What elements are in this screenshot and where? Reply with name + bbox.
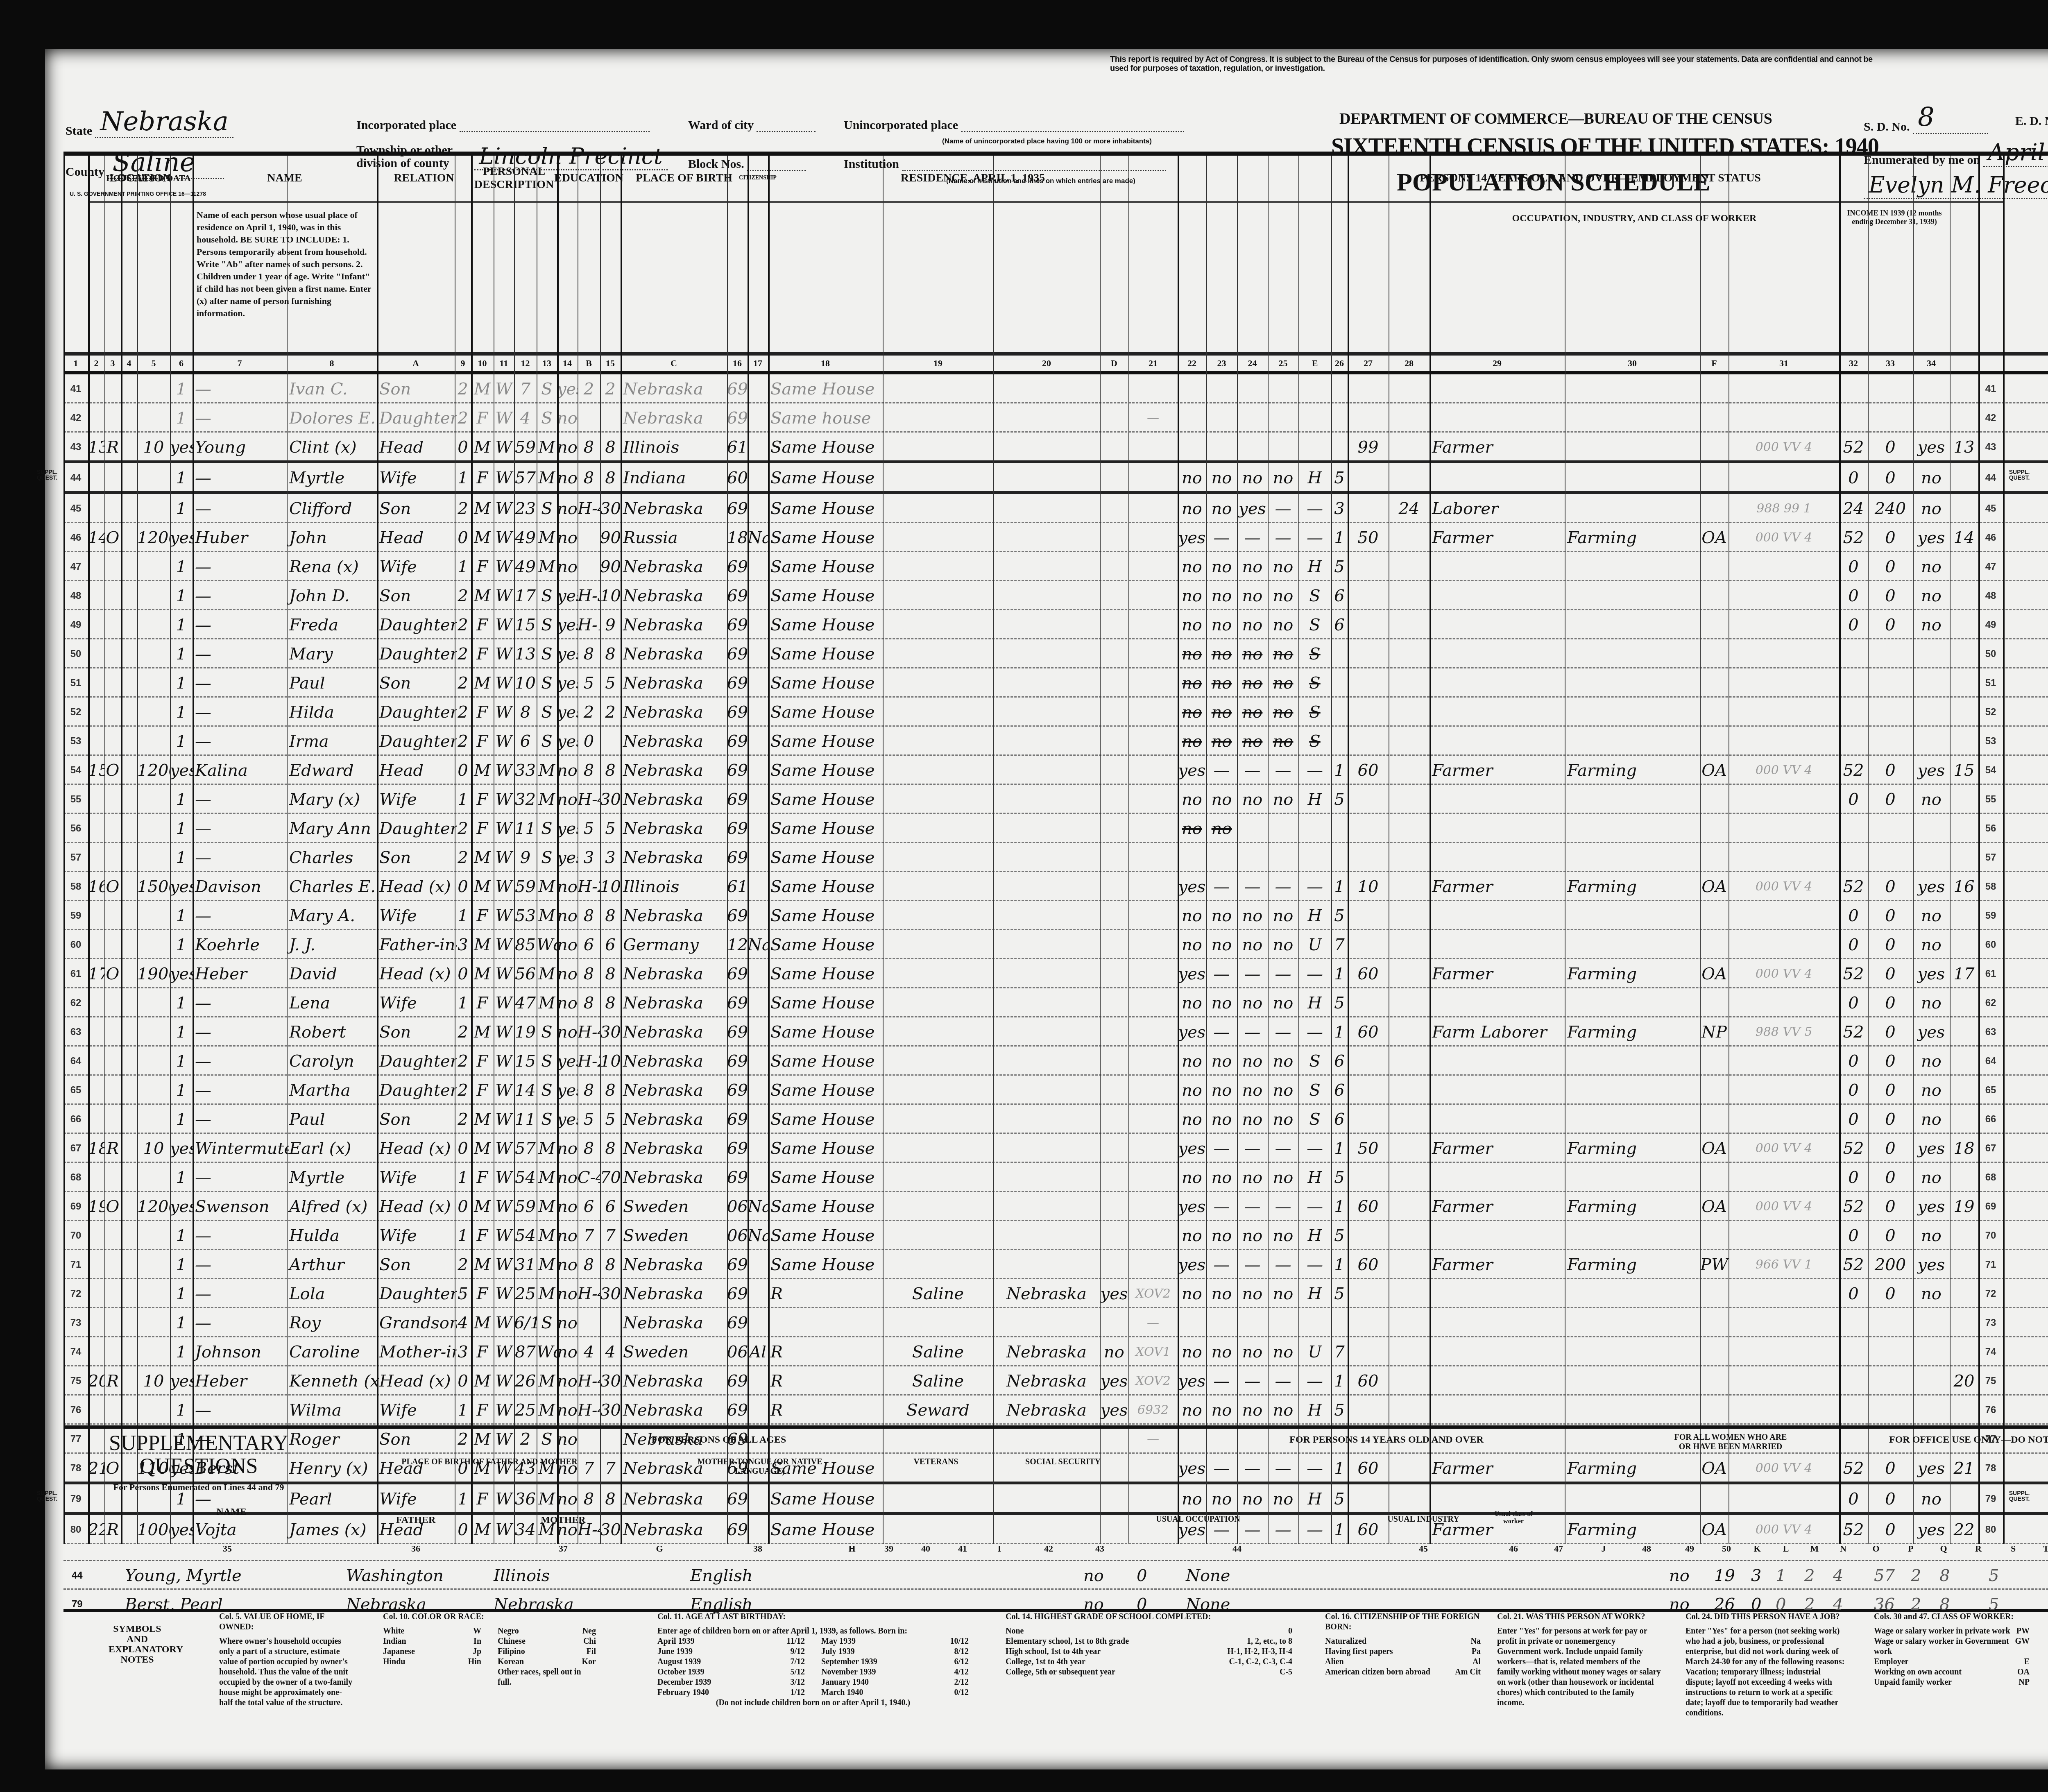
res-farm-cell[interactable] <box>1100 433 1128 460</box>
code-d-cell[interactable] <box>1128 610 1178 638</box>
school-cell[interactable]: yes <box>557 1076 578 1103</box>
tenure-cell[interactable] <box>121 639 137 667</box>
code-a-cell[interactable]: 0 <box>455 1134 471 1162</box>
worker-class-cell[interactable] <box>1700 1047 1729 1074</box>
worker-class-cell[interactable]: OA <box>1700 523 1729 551</box>
farm-sched-cell[interactable] <box>1950 639 1978 667</box>
tenure-cell[interactable] <box>121 1047 137 1074</box>
marital-cell[interactable]: S <box>537 581 557 609</box>
farm-sched-cell[interactable]: 13 <box>1950 433 1978 460</box>
citizen-cell[interactable] <box>748 872 768 900</box>
farm-cell[interactable]: 1 <box>170 1163 193 1191</box>
age-cell[interactable]: 32 <box>514 785 537 813</box>
given-cell[interactable]: Clint (x) <box>287 433 379 460</box>
res-county-cell[interactable] <box>883 1076 993 1103</box>
industry-cell[interactable]: Farming <box>1565 1250 1702 1278</box>
code-a-cell[interactable]: 2 <box>455 403 471 431</box>
occupation-cell[interactable] <box>1430 374 1567 402</box>
marital-cell[interactable]: M <box>537 552 557 580</box>
farm-sched-cell[interactable]: 15 <box>1950 756 1978 784</box>
citizen-cell[interactable] <box>748 1279 768 1307</box>
c27-cell[interactable] <box>1389 1163 1430 1191</box>
farm-cell[interactable]: yes <box>170 959 193 987</box>
code-d-cell[interactable] <box>1128 756 1178 784</box>
age-cell[interactable]: 54 <box>514 1163 537 1191</box>
tenure-cell[interactable] <box>121 756 137 784</box>
marital-cell[interactable]: M <box>537 988 557 1016</box>
code-d-cell[interactable] <box>1128 639 1178 667</box>
citizen-cell[interactable] <box>748 698 768 725</box>
c27-cell[interactable] <box>1389 1250 1430 1278</box>
c26-cell[interactable] <box>1348 1308 1389 1336</box>
relation-cell[interactable]: Daughter <box>377 727 457 754</box>
farm-sched-cell[interactable] <box>1950 552 1978 580</box>
industry-cell[interactable] <box>1565 610 1702 638</box>
weeks-cell[interactable]: 0 <box>1839 930 1868 958</box>
code-c-cell[interactable]: 69 <box>727 1279 748 1307</box>
code-c-cell[interactable]: 69 <box>727 1163 748 1191</box>
race-cell[interactable]: W <box>494 1105 514 1133</box>
c23-cell[interactable] <box>1237 843 1268 871</box>
c21-cell[interactable]: no <box>1178 581 1206 609</box>
given-cell[interactable]: Roy <box>287 1308 379 1336</box>
c25-cell[interactable]: — <box>1298 872 1331 900</box>
c27-cell[interactable] <box>1389 1192 1430 1220</box>
relation-cell[interactable]: Daughter <box>377 814 457 842</box>
res-state-cell[interactable] <box>993 668 1100 696</box>
other-income-cell[interactable]: no <box>1913 581 1950 609</box>
code-e-cell[interactable]: 5 <box>1331 901 1348 929</box>
value-cell[interactable]: 1200 <box>137 523 170 551</box>
grade-cell[interactable]: C-4 <box>578 1163 600 1191</box>
res-farm-cell[interactable] <box>1100 727 1128 754</box>
race-cell[interactable]: W <box>494 1017 514 1045</box>
worker-class-cell[interactable] <box>1700 639 1729 667</box>
age-cell[interactable]: 53 <box>514 901 537 929</box>
weeks-cell[interactable]: 0 <box>1839 552 1868 580</box>
c21-cell[interactable] <box>1178 403 1206 431</box>
grade-cell[interactable]: H-4 <box>578 1017 600 1045</box>
industry-cell[interactable] <box>1565 988 1702 1016</box>
farm-cell[interactable]: 1 <box>170 403 193 431</box>
other-income-cell[interactable]: no <box>1913 1047 1950 1074</box>
citizen-cell[interactable]: Al <box>748 1337 768 1365</box>
citizen-cell[interactable] <box>748 959 768 987</box>
sex-cell[interactable]: M <box>471 1308 494 1336</box>
res-county-cell[interactable] <box>883 1308 993 1336</box>
code-b-cell[interactable]: 8 <box>600 959 621 987</box>
other-income-cell[interactable]: no <box>1913 1279 1950 1307</box>
res-city-cell[interactable]: Same House <box>768 552 885 580</box>
sex-cell[interactable]: M <box>471 523 494 551</box>
citizen-cell[interactable] <box>748 668 768 696</box>
industry-cell[interactable] <box>1565 1105 1702 1133</box>
industry-cell[interactable] <box>1565 581 1702 609</box>
code-c-cell[interactable]: 69 <box>727 403 748 431</box>
code-d-cell[interactable]: XOV1 <box>1128 1337 1178 1365</box>
school-cell[interactable]: no <box>557 756 578 784</box>
race-cell[interactable]: W <box>494 814 514 842</box>
value-cell[interactable]: 10 <box>137 1366 170 1394</box>
res-city-cell[interactable]: Same House <box>768 1017 885 1045</box>
sex-cell[interactable]: F <box>471 988 494 1016</box>
value-cell[interactable]: 1200 <box>137 756 170 784</box>
res-city-cell[interactable]: Same House <box>768 756 885 784</box>
code-c-cell[interactable]: 69 <box>727 1017 748 1045</box>
weeks-cell[interactable]: 0 <box>1839 610 1868 638</box>
relation-cell[interactable]: Son <box>377 843 457 871</box>
family-cell[interactable]: O <box>104 756 121 784</box>
relation-cell[interactable]: Daughter <box>377 610 457 638</box>
dwelling-cell[interactable]: 13 <box>88 433 104 460</box>
grade-cell[interactable]: 8 <box>578 1250 600 1278</box>
age-first-marriage-cell[interactable]: 19 <box>1714 1561 1747 1590</box>
weeks-cell[interactable]: 0 <box>1839 988 1868 1016</box>
worker-class-cell[interactable] <box>1700 1105 1729 1133</box>
sex-cell[interactable]: M <box>471 1192 494 1220</box>
c22-cell[interactable]: no <box>1206 463 1237 491</box>
value-cell[interactable] <box>137 1105 170 1133</box>
tenure-cell[interactable] <box>121 1105 137 1133</box>
surname-cell[interactable]: — <box>193 1279 289 1307</box>
dwelling-cell[interactable]: 19 <box>88 1192 104 1220</box>
farm-sched-cell[interactable] <box>1950 1221 1978 1249</box>
code-f-cell[interactable]: 000 VV 4 <box>1729 523 1839 551</box>
race-cell[interactable]: W <box>494 494 514 522</box>
res-city-cell[interactable]: Same House <box>768 785 885 813</box>
age-cell[interactable]: 47 <box>514 988 537 1016</box>
wages-cell[interactable] <box>1868 814 1913 842</box>
c27-cell[interactable] <box>1389 1017 1430 1045</box>
code-e-cell[interactable]: 6 <box>1331 1105 1348 1133</box>
res-county-cell[interactable] <box>883 959 993 987</box>
res-county-cell[interactable] <box>883 1192 993 1220</box>
res-county-cell[interactable] <box>883 523 993 551</box>
school-cell[interactable]: no <box>557 523 578 551</box>
family-cell[interactable] <box>104 698 121 725</box>
citizen-cell[interactable] <box>748 463 768 491</box>
code-b-cell[interactable]: 5 <box>600 814 621 842</box>
mother-cell[interactable]: Illinois <box>494 1561 637 1590</box>
dwelling-cell[interactable] <box>88 1221 104 1249</box>
marital-cell[interactable]: M <box>537 901 557 929</box>
wages-cell[interactable]: 0 <box>1868 610 1913 638</box>
c26-cell[interactable] <box>1348 581 1389 609</box>
c23-cell[interactable]: no <box>1237 785 1268 813</box>
c22-cell[interactable]: no <box>1206 1076 1237 1103</box>
tenure-cell[interactable] <box>121 959 137 987</box>
family-cell[interactable]: R <box>104 1366 121 1394</box>
farm-sched-cell[interactable]: 16 <box>1950 872 1978 900</box>
farm-cell[interactable]: 1 <box>170 1308 193 1336</box>
school-cell[interactable]: no <box>557 1017 578 1045</box>
birthplace-cell[interactable]: Nebraska <box>621 843 729 871</box>
c23-cell[interactable]: no <box>1237 698 1268 725</box>
given-cell[interactable]: Myrtle <box>287 463 379 491</box>
other-income-cell[interactable]: no <box>1913 610 1950 638</box>
marital-cell[interactable]: M <box>537 785 557 813</box>
c23-cell[interactable]: no <box>1237 552 1268 580</box>
surname-cell[interactable]: — <box>193 463 289 491</box>
code-a-cell[interactable]: 0 <box>455 433 471 460</box>
code-c-cell[interactable]: 69 <box>727 1366 748 1394</box>
other-income-cell[interactable] <box>1913 1366 1950 1394</box>
age-cell[interactable]: 23 <box>514 494 537 522</box>
family-cell[interactable]: O <box>104 523 121 551</box>
code-f-cell[interactable]: 988 VV 5 <box>1729 1017 1839 1045</box>
wages-cell[interactable]: 0 <box>1868 1163 1913 1191</box>
c25-cell[interactable]: S <box>1298 668 1331 696</box>
school-cell[interactable]: no <box>557 1250 578 1278</box>
given-cell[interactable]: Dolores E. <box>287 403 379 431</box>
code-a-cell[interactable]: 0 <box>455 872 471 900</box>
farm-sched-cell[interactable] <box>1950 814 1978 842</box>
given-cell[interactable]: Myrtle <box>287 1163 379 1191</box>
c23-cell[interactable]: no <box>1237 1105 1268 1133</box>
age-cell[interactable]: 56 <box>514 959 537 987</box>
sd-value[interactable]: 8 <box>1913 102 1988 134</box>
c25-cell[interactable]: S <box>1298 639 1331 667</box>
code-d-cell[interactable] <box>1128 581 1178 609</box>
code-b-cell[interactable]: 8 <box>600 1076 621 1103</box>
other-income-cell[interactable]: yes <box>1913 1134 1950 1162</box>
sex-cell[interactable]: F <box>471 1163 494 1191</box>
res-farm-cell[interactable] <box>1100 1192 1128 1220</box>
value-cell[interactable] <box>137 1221 170 1249</box>
code-c-cell[interactable]: 69 <box>727 1047 748 1074</box>
code-b-cell[interactable]: 2 <box>600 698 621 725</box>
relation-cell[interactable]: Son <box>377 494 457 522</box>
age-cell[interactable]: 31 <box>514 1250 537 1278</box>
school-cell[interactable]: no <box>557 552 578 580</box>
race-cell[interactable]: W <box>494 756 514 784</box>
res-farm-cell[interactable] <box>1100 756 1128 784</box>
code-b-cell[interactable]: 5 <box>600 1105 621 1133</box>
other-income-cell[interactable] <box>1913 727 1950 754</box>
worker-class-cell[interactable] <box>1700 1396 1729 1423</box>
c22-cell[interactable]: no <box>1206 610 1237 638</box>
industry-cell[interactable] <box>1565 930 1702 958</box>
race-cell[interactable]: W <box>494 1279 514 1307</box>
farm-sched-cell[interactable] <box>1950 1279 1978 1307</box>
farm-cell[interactable]: 1 <box>170 1221 193 1249</box>
age-cell[interactable]: 7 <box>514 374 537 402</box>
family-cell[interactable]: R <box>104 433 121 460</box>
tenure-cell[interactable] <box>121 1076 137 1103</box>
c26-cell[interactable] <box>1348 1221 1389 1249</box>
code-f-cell[interactable] <box>1729 1279 1839 1307</box>
birthplace-cell[interactable]: Nebraska <box>621 1047 729 1074</box>
race-cell[interactable]: W <box>494 727 514 754</box>
grade-cell[interactable]: H-4 <box>578 785 600 813</box>
value-cell[interactable] <box>137 1250 170 1278</box>
code-e-cell[interactable]: 5 <box>1331 988 1348 1016</box>
birthplace-cell[interactable]: Russia <box>621 523 729 551</box>
code-e-cell[interactable]: 1 <box>1331 1366 1348 1394</box>
code-d-cell[interactable] <box>1128 1221 1178 1249</box>
weeks-cell[interactable] <box>1839 374 1868 402</box>
relation-cell[interactable]: Son <box>377 1105 457 1133</box>
given-cell[interactable]: Carolyn <box>287 1047 379 1074</box>
industry-cell[interactable] <box>1565 639 1702 667</box>
c25-cell[interactable]: S <box>1298 581 1331 609</box>
farm-sched-cell[interactable]: 18 <box>1950 1134 1978 1162</box>
c27-cell[interactable] <box>1389 1308 1430 1336</box>
other-income-cell[interactable]: no <box>1913 785 1950 813</box>
wages-cell[interactable]: 0 <box>1868 959 1913 987</box>
birthplace-cell[interactable]: Nebraska <box>621 901 729 929</box>
code-c-cell[interactable]: 69 <box>727 552 748 580</box>
surname-cell[interactable]: — <box>193 1105 289 1133</box>
name-cell[interactable]: Young, Myrtle <box>125 1561 330 1590</box>
birthplace-cell[interactable]: Nebraska <box>621 988 729 1016</box>
age-cell[interactable]: 4 <box>514 403 537 431</box>
relation-cell[interactable]: Wife <box>377 785 457 813</box>
industry-cell[interactable] <box>1565 433 1702 460</box>
code-a-cell[interactable]: 1 <box>455 552 471 580</box>
code-d-cell[interactable] <box>1128 494 1178 522</box>
c22-cell[interactable]: — <box>1206 1250 1237 1278</box>
relation-cell[interactable]: Grandson <box>377 1308 457 1336</box>
res-farm-cell[interactable] <box>1100 463 1128 491</box>
code-d-cell[interactable] <box>1128 814 1178 842</box>
farm-sched-cell[interactable] <box>1950 1396 1978 1423</box>
code-a-cell[interactable]: 2 <box>455 610 471 638</box>
c23-cell[interactable]: no <box>1237 930 1268 958</box>
code-a-cell[interactable]: 0 <box>455 523 471 551</box>
marital-cell[interactable]: S <box>537 698 557 725</box>
grade-cell[interactable] <box>578 1308 600 1336</box>
c25-cell[interactable]: — <box>1298 959 1331 987</box>
marital-cell[interactable]: M <box>537 959 557 987</box>
citizen-cell[interactable] <box>748 988 768 1016</box>
c27-cell[interactable] <box>1389 1134 1430 1162</box>
marital-cell[interactable]: S <box>537 668 557 696</box>
surname-cell[interactable]: — <box>193 668 289 696</box>
grade-cell[interactable]: 8 <box>578 433 600 460</box>
weeks-cell[interactable]: 52 <box>1839 433 1868 460</box>
value-cell[interactable] <box>137 494 170 522</box>
occupation-cell[interactable] <box>1430 463 1567 491</box>
res-county-cell[interactable] <box>883 1017 993 1045</box>
code-f-cell[interactable]: 988 99 1 <box>1729 494 1839 522</box>
c25-cell[interactable]: H <box>1298 785 1331 813</box>
marital-cell[interactable]: S <box>537 1308 557 1336</box>
c27-cell[interactable] <box>1389 1366 1430 1394</box>
res-farm-cell[interactable] <box>1100 930 1128 958</box>
birthplace-cell[interactable]: Nebraska <box>621 1366 729 1394</box>
code-a-cell[interactable]: 3 <box>455 1337 471 1365</box>
c21-cell[interactable]: no <box>1178 727 1206 754</box>
c26-cell[interactable] <box>1348 901 1389 929</box>
code-b-cell[interactable]: 70 <box>600 1163 621 1191</box>
code-e-cell[interactable]: 7 <box>1331 1337 1348 1365</box>
code-d-cell[interactable]: — <box>1128 1308 1178 1336</box>
occupation-cell[interactable] <box>1430 814 1567 842</box>
c24-cell[interactable]: — <box>1268 872 1298 900</box>
birthplace-cell[interactable]: Illinois <box>621 872 729 900</box>
res-farm-cell[interactable] <box>1100 552 1128 580</box>
age-cell[interactable]: 11 <box>514 814 537 842</box>
res-state-cell[interactable] <box>993 698 1100 725</box>
code-c-cell[interactable]: 69 <box>727 639 748 667</box>
sex-cell[interactable]: F <box>471 552 494 580</box>
family-cell[interactable] <box>104 727 121 754</box>
grade-cell[interactable]: 5 <box>578 1105 600 1133</box>
c23-cell[interactable]: — <box>1237 1250 1268 1278</box>
worker-class-cell[interactable] <box>1700 433 1729 460</box>
c26-cell[interactable] <box>1348 374 1389 402</box>
farm-sched-cell[interactable]: 20 <box>1950 1366 1978 1394</box>
value-cell[interactable] <box>137 988 170 1016</box>
occupation-cell[interactable]: Farmer <box>1430 1250 1567 1278</box>
wages-cell[interactable]: 200 <box>1868 1250 1913 1278</box>
wages-cell[interactable]: 0 <box>1868 1134 1913 1162</box>
farm-cell[interactable]: 1 <box>170 930 193 958</box>
citizen-cell[interactable] <box>748 1047 768 1074</box>
given-cell[interactable]: Irma <box>287 727 379 754</box>
code-b-cell[interactable]: 10 <box>600 1047 621 1074</box>
c22-cell[interactable]: — <box>1206 756 1237 784</box>
other-income-cell[interactable]: yes <box>1913 433 1950 460</box>
given-cell[interactable]: John D. <box>287 581 379 609</box>
code-d-cell[interactable] <box>1128 463 1178 491</box>
given-cell[interactable]: Earl (x) <box>287 1134 379 1162</box>
c25-cell[interactable]: — <box>1298 523 1331 551</box>
tenure-cell[interactable] <box>121 668 137 696</box>
c25-cell[interactable]: H <box>1298 1163 1331 1191</box>
code-b-cell[interactable]: 10 <box>600 581 621 609</box>
c22-cell[interactable]: no <box>1206 581 1237 609</box>
value-cell[interactable] <box>137 1047 170 1074</box>
relation-cell[interactable]: Wife <box>377 463 457 491</box>
given-cell[interactable]: Lena <box>287 988 379 1016</box>
citizen-cell[interactable]: Na <box>748 523 768 551</box>
res-city-cell[interactable]: R <box>768 1396 885 1423</box>
marital-cell[interactable]: S <box>537 1017 557 1045</box>
c21-cell[interactable]: no <box>1178 698 1206 725</box>
other-income-cell[interactable] <box>1913 374 1950 402</box>
other-income-cell[interactable]: yes <box>1913 1250 1950 1278</box>
code-a-cell[interactable]: 2 <box>455 1047 471 1074</box>
surname-cell[interactable]: Davison <box>193 872 289 900</box>
race-cell[interactable]: W <box>494 403 514 431</box>
code-b-cell[interactable]: 30 <box>600 785 621 813</box>
res-farm-cell[interactable] <box>1100 785 1128 813</box>
marital-cell[interactable]: S <box>537 494 557 522</box>
citizen-cell[interactable] <box>748 494 768 522</box>
code-c-cell[interactable]: 61 <box>727 872 748 900</box>
marital-cell[interactable]: S <box>537 1047 557 1074</box>
res-state-cell[interactable] <box>993 1076 1100 1103</box>
c23-cell[interactable]: no <box>1237 1163 1268 1191</box>
c21-cell[interactable]: no <box>1178 814 1206 842</box>
farm-sched-cell[interactable] <box>1950 1250 1978 1278</box>
given-cell[interactable]: Mary Ann <box>287 814 379 842</box>
code-e-cell[interactable] <box>1331 639 1348 667</box>
relation-cell[interactable]: Son <box>377 374 457 402</box>
surname-cell[interactable]: — <box>193 610 289 638</box>
citizen-cell[interactable] <box>748 433 768 460</box>
c22-cell[interactable]: no <box>1206 639 1237 667</box>
code-e-cell[interactable] <box>1331 433 1348 460</box>
race-cell[interactable]: W <box>494 698 514 725</box>
code-f-cell[interactable] <box>1729 1366 1839 1394</box>
weeks-cell[interactable]: 0 <box>1839 1105 1868 1133</box>
c23-cell[interactable]: no <box>1237 1396 1268 1423</box>
birthplace-cell[interactable]: Nebraska <box>621 552 729 580</box>
wages-cell[interactable]: 0 <box>1868 581 1913 609</box>
